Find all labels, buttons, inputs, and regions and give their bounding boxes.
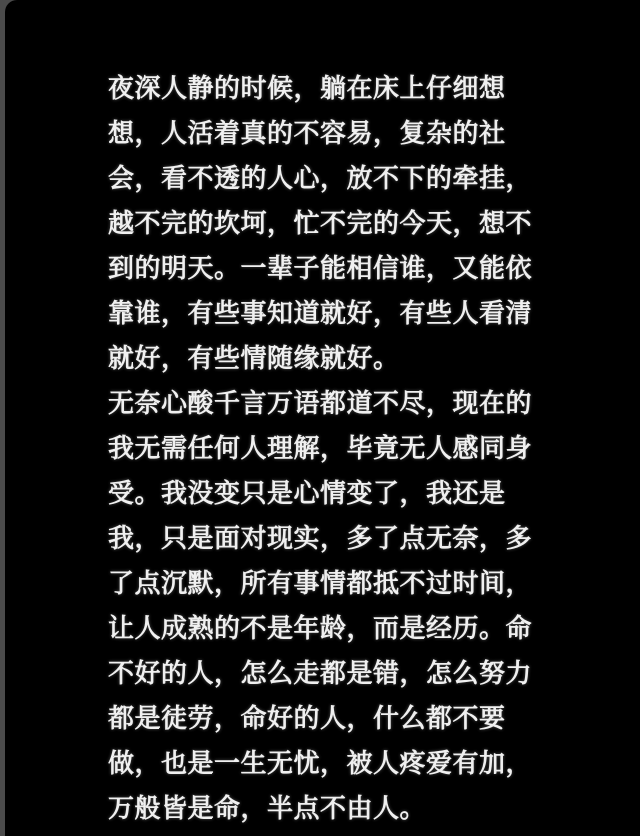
quote-image: 夜深人静的时候，躺在床上仔细想 想，人活着真的不容易，复杂的社 会，看不透的人心…	[0, 0, 640, 836]
text-line: 都是徒劳，命好的人，什么都不要	[108, 696, 548, 741]
text-line: 就好，有些情随缘就好。	[108, 336, 548, 381]
text-line: 靠谁，有些事知道就好，有些人看清	[108, 291, 548, 336]
text-panel: 夜深人静的时候，躺在床上仔细想 想，人活着真的不容易，复杂的社 会，看不透的人心…	[5, 0, 640, 836]
text-line: 受。我没变只是心情变了，我还是	[108, 471, 548, 516]
text-line: 万般皆是命，半点不由人。	[108, 786, 548, 831]
text-line: 到的明天。一辈子能相信谁，又能依	[108, 246, 548, 291]
text-line: 越不完的坎坷，忙不完的今天，想不	[108, 201, 548, 246]
text-line: 不好的人，怎么走都是错，怎么努力	[108, 651, 548, 696]
text-line: 了点沉默，所有事情都抵不过时间，	[108, 561, 548, 606]
text-line: 做，也是一生无忧，被人疼爱有加，	[108, 741, 548, 786]
quote-text: 夜深人静的时候，躺在床上仔细想 想，人活着真的不容易，复杂的社 会，看不透的人心…	[108, 66, 548, 831]
text-line: 让人成熟的不是年龄，而是经历。命	[108, 606, 548, 651]
text-line: 我，只是面对现实，多了点无奈，多	[108, 516, 548, 561]
text-line: 想，人活着真的不容易，复杂的社	[108, 111, 548, 156]
text-line: 无奈心酸千言万语都道不尽，现在的	[108, 381, 548, 426]
text-line: 我无需任何人理解，毕竟无人感同身	[108, 426, 548, 471]
text-line: 会，看不透的人心，放不下的牵挂，	[108, 156, 548, 201]
text-line: 夜深人静的时候，躺在床上仔细想	[108, 66, 548, 111]
